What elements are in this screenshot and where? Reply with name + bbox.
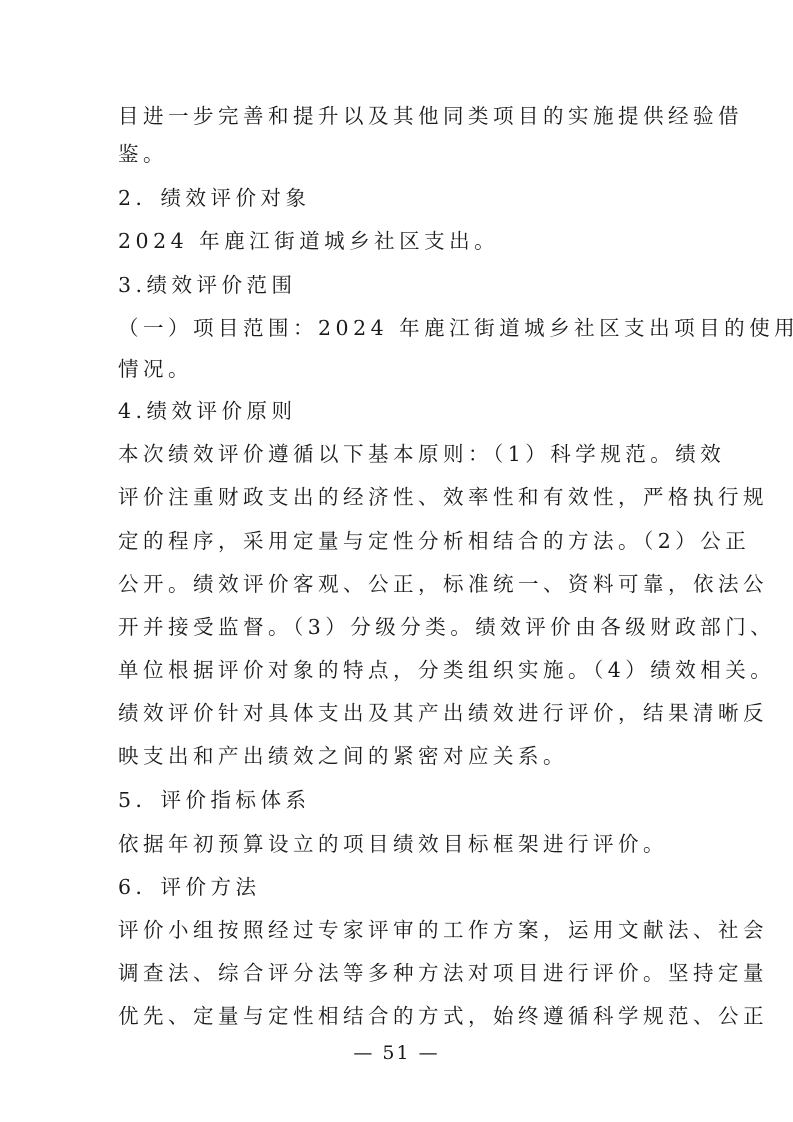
paragraph-line: 依据年初预算设立的项目绩效目标框架进行评价。 [118, 831, 668, 857]
paragraph-line: 公开。绩效评价客观、公正，标准统一、资料可靠，依法公 [118, 571, 768, 597]
paragraph-line: 调查法、综合评分法等多种方法对项目进行评价。坚持定量 [118, 960, 768, 986]
heading-evaluation-scope: 3.绩效评价范围 [118, 272, 297, 298]
paragraph-line: 目进一步完善和提升以及其他同类项目的实施提供经验借 [118, 103, 743, 129]
heading-evaluation-method: 6．评价方法 [118, 874, 261, 900]
paragraph-line: 开并接受监督。（3）分级分类。绩效评价由各级财政部门、 [118, 614, 775, 640]
paragraph-line: 单位根据评价对象的特点，分类组织实施。（4）绩效相关。 [118, 657, 775, 683]
paragraph-line: 优先、定量与定性相结合的方式，始终遵循科学规范、公正 [118, 1003, 768, 1029]
paragraph-line: 绩效评价针对具体支出及其产出绩效进行评价，结果清晰反 [118, 700, 768, 726]
paragraph-line: 评价小组按照经过专家评审的工作方案，运用文献法、社会 [118, 917, 768, 943]
paragraph-line: 定的程序，采用定量与定性分析相结合的方法。（2）公正 [118, 528, 750, 554]
paragraph-line: 本次绩效评价遵循以下基本原则：（1）科学规范。绩效 [118, 441, 725, 467]
paragraph-line: 情况。 [118, 356, 193, 382]
document-page: 目进一步完善和提升以及其他同类项目的实施提供经验借鉴。2．绩效评价对象2024 … [0, 0, 793, 1122]
paragraph-line: 评价注重财政支出的经济性、效率性和有效性，严格执行规 [118, 484, 768, 510]
paragraph-line: （一）项目范围：2024 年鹿江街道城乡社区支出项目的使用 [118, 315, 793, 341]
paragraph-line: 2024 年鹿江街道城乡社区支出。 [118, 228, 499, 254]
heading-evaluation-principles: 4.绩效评价原则 [118, 398, 297, 424]
paragraph-line: 映支出和产出绩效之间的紧密对应关系。 [118, 743, 568, 769]
heading-evaluation-object: 2．绩效评价对象 [118, 185, 311, 211]
paragraph-line: 鉴。 [118, 141, 168, 167]
heading-indicator-system: 5．评价指标体系 [118, 787, 311, 813]
page-number: — 51 — [0, 1041, 793, 1065]
